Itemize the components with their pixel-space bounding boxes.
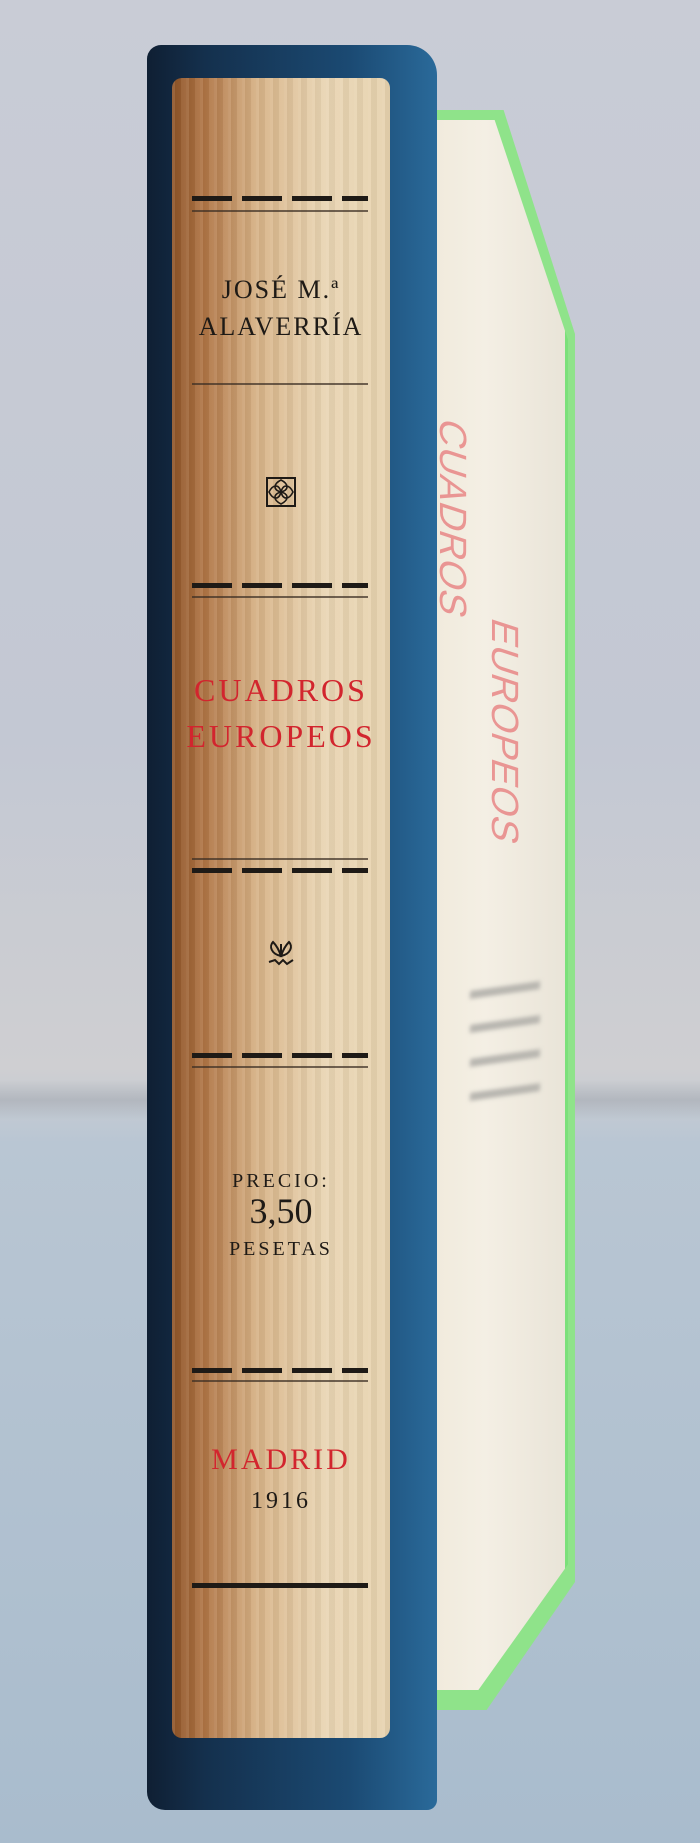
spine-label: JOSÉ M.ª ALAVERRÍA CUADROS EUROPEOS PREC… — [172, 78, 390, 1738]
rule-title-bottom — [192, 858, 368, 860]
rule-author-bottom — [192, 383, 368, 385]
rule-title-bottom-dash — [192, 868, 368, 873]
imprint-year: 1916 — [172, 1488, 390, 1515]
spine-title-2: EUROPEOS — [172, 714, 390, 758]
price-currency: PESETAS — [172, 1238, 390, 1261]
spine-title-1: CUADROS — [172, 668, 390, 712]
price-value: 3,50 — [172, 1190, 390, 1232]
imprint-city: MADRID — [172, 1443, 390, 1477]
rule-bottom — [192, 1583, 368, 1588]
floral-ornament-icon — [265, 476, 297, 508]
rule-title-top-thin — [192, 596, 368, 598]
lotus-ornament-icon — [265, 938, 297, 970]
rule-top — [192, 196, 368, 201]
rule-top-thin — [192, 210, 368, 212]
author-last-name: ALAVERRÍA — [172, 310, 390, 344]
author-first-name: JOSÉ M.ª — [172, 273, 390, 307]
cover-title-2: EUROPEOS — [482, 613, 525, 850]
rule-price-top — [192, 1053, 368, 1058]
rule-imprint-top — [192, 1368, 368, 1373]
rule-price-top-thin — [192, 1066, 368, 1068]
rule-title-top — [192, 583, 368, 588]
cover-subtitle-lines — [470, 960, 540, 1122]
rule-imprint-top-thin — [192, 1380, 368, 1382]
